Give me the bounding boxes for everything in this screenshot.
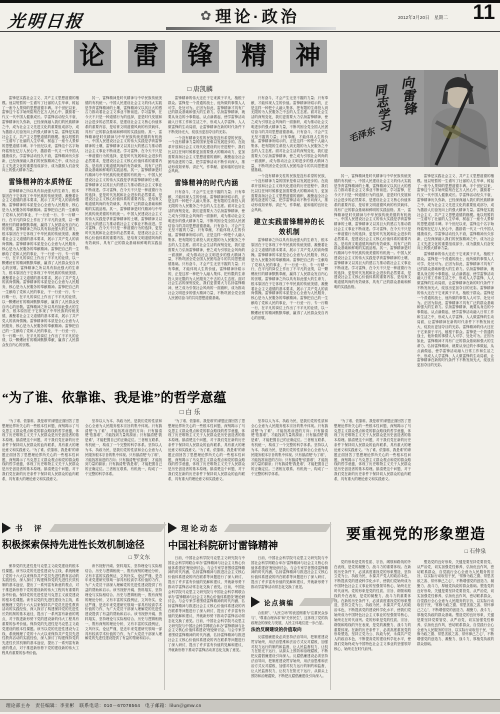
lead-headline: 论 雷 锋 精 神 [0,40,400,73]
column-rule [164,522,165,690]
viewpoints-label: 论点摘编 [251,596,330,608]
body-text: 日前，中国社会科学院马克思主义研究院与中国社会科学网联合举办“雷锋精神与社会主义… [251,556,328,590]
article-column: 党的形象是党的性质、宗旨、纲领和路线的外在表现，是党的凝聚力、战斗力的重要体现。… [334,560,411,690]
article-column: 日前，中国社会科学院马克思主义研究院与中国社会科学网联合举办“雷锋精神与社会主义… [251,556,328,592]
date-line: 2012年3月20日 星期二 [330,15,448,21]
viewpoint-item-title: 法治反腐建设的价值取向 [251,627,328,633]
headline-char: 论 [74,40,111,73]
lei-feng-figure [340,70,498,167]
label-text: 论点摘编 [264,598,294,607]
headline-char: 雷 [128,40,165,73]
body-text: “为了谁、依靠谁、我是谁”的命题正面回答了思想理论界所关心的一些根本性问题，深刻… [168,419,245,482]
headline-char: 锋 [182,40,219,73]
body-text: “为了谁、依靠谁、我是谁”的命题正面回答了思想理论界所关心的一些根本性问题，深刻… [2,419,79,482]
section-title-underline [166,27,336,30]
body-text: 雷锋精神之所以具有如此强大的生命力，根本原因在于它体现了中华民族的传统美德，凝聚… [2,189,79,348]
page-number: 11 [455,1,495,25]
theory-news-label: 理论动态 [168,522,326,534]
section-title: 理论·政治 [215,9,299,26]
body-text: 反腐倡廉建设必须坚持法治导向，把制度建设贯穿始终，用法治思维和法治方式反对腐败，… [251,635,328,678]
article-column: 坚持以人为本、执政为民，是我们党的性质和全心全意为人民服务根本宗旨的集中体现。只… [85,419,162,518]
article-column: “为了谁、依靠谁、我是谁”的命题正面回答了思想理论界所关心的一些根本性问题，深刻… [2,419,79,518]
lei-feng-photo: 向雷锋 同志学习 毛泽东 [340,70,498,167]
newspaper-page: 光明日报 ✿理论·政治 2012年3月20日 星期二 11 论 雷 锋 精 神 … [0,0,500,714]
body-text: 一个没有精神支柱的民族是没有希望的民族，一个没有精神力量的国家是难以发展进步的。… [251,174,328,213]
label-band [224,524,332,532]
masthead-rule [0,31,500,32]
column-rule [330,522,331,690]
calligraphy-text: 向雷锋 [396,75,418,116]
book-review-title: 积极探索保持先进性长效机制途径 [2,537,162,551]
article-column: 雷锋精神的伟大还在于它来源于平凡、植根于群众。雷锋是一个普通的战士，他所做的事情… [168,96,245,384]
body-text: 其一，雷锋精神是时代精神与中华民族传统美德的有机统一。中国人民建设社会主义的伟大… [334,174,411,290]
flower-emblem-icon: ✿ [200,8,211,23]
body-text: 其一，雷锋精神是时代精神与中华民族传统美德的有机统一。中国人民建设社会主义的伟大… [85,96,162,251]
party-image-author: □ 石仲泉 [334,547,486,555]
label-text: 书 评 [15,523,44,534]
body-text: 雷锋精神之所以具有如此强大的生命力，根本原因在于它体现了中华民族的传统美德，凝聚… [251,238,328,320]
article-column: “为了谁、依靠谁、我是谁”的命题正面回答了思想理论界所关心的一些根本性问题，深刻… [334,419,411,518]
label-text: 理论动态 [181,523,219,534]
subhead: 雷锋精神的本质特征 [2,176,79,186]
article-column: 塑造党的良好形象，关键是要坚持党要管党、从严治党，切实加强党性修养，弘扬优良作风… [417,560,494,690]
body-text: 只有奋斗，才会产生无坚不摧的力量；只有奉献，才能体现人生的价值。雷锋精神所昭示的… [251,96,328,173]
body-text: 该书视野开阔、资料翔实，坚持理论与实际相结合、历史与逻辑相统一，既有深刻的理论分… [85,564,162,641]
article-column: 坚持以人为本、执政为民，是我们党的性质和全心全意为人民服务根本宗旨的集中体现。只… [251,419,328,518]
subhead: 雷锋精神的时代内涵 [168,177,245,187]
article-column: “为了谁、依靠谁、我是谁”的命题正面回答了思想理论界所关心的一些根本性问题，深刻… [168,419,245,518]
article-column: 其一，雷锋精神是时代精神与中华民族传统美德的有机统一。中国人民建设社会主义的伟大… [334,174,411,384]
subhead: 建立实践雷锋精神的长效机制 [251,216,328,236]
body-text: 合组织”、“人民立场”的表述侧重为“注重民众参与”、“尊重合理诉求”和“关怀民生… [251,611,328,625]
article-column: 合组织”、“人民立场”的表述侧重为“注重民众参与”、“尊重合理诉求”和“关怀民生… [251,611,328,690]
body-text: 雷锋是实践社会主义、共产主义思想道德的楷模。他以短暂的一生谱写了壮丽的人生华章，… [2,96,79,173]
label-band [299,598,336,606]
body-text: 雷锋是实践社会主义、共产主义思想道德的楷模。他以短暂的一生谱写了壮丽的人生华章，… [417,174,494,251]
party-image-title: 要重视党的形象塑造 [334,523,498,544]
article-column: 雷锋是实践社会主义、共产主义思想道德的楷模。他以短暂的一生谱写了壮丽的人生华章，… [2,96,79,384]
body-text: 塑造党的良好形象，关键是要坚持党要管党、从严治党，切实加强党性修养，弘扬优良作风… [417,560,494,647]
philosophy-article-author: □ 白 乐 [130,407,250,416]
article-column: 其一，雷锋精神是时代精神与中华民族传统美德的有机统一。中国人民建设社会主义的伟大… [85,96,162,384]
label-triangle-icon [168,523,177,534]
body-text: “为了谁、依靠谁、我是谁”的命题正面回答了思想理论界所关心的一些根本性问题，深刻… [334,419,411,482]
article-column: 日前，中国社会科学院马克思主义研究院与中国社会科学网联合举办“雷锋精神与社会主义… [168,556,245,690]
label-triangle-icon [251,597,260,608]
label-band [49,524,166,532]
headline-char: 神 [290,40,327,73]
body-text: 保持党的先进性是马克思主义政党建设的根本性课题。该书以党的先进性建设为主线，系统… [2,564,79,656]
headline-char: 精 [236,40,273,73]
book-review-author: □ 罗文东 [2,553,150,561]
body-text: 坚持以人为本、执政为民，是我们党的性质和全心全意为人民服务根本宗旨的集中体现。只… [85,419,162,477]
article-column: 雷锋是实践社会主义、共产主义思想道德的楷模。他以短暂的一生谱写了壮丽的人生华章，… [417,174,494,518]
top-border-rule [0,0,500,3]
article-column: 只有奋斗，才会产生无坚不摧的力量；只有奉献，才能体现人生的价值。雷锋精神所昭示的… [251,96,328,384]
body-text: 只有奋斗，才会产生无坚不摧的力量；只有奉献，才能体现人生的价值。雷锋精神所昭示的… [168,190,245,301]
book-review-label: 书 评 [2,522,160,534]
footer-text: 理论部主办 责任编辑：李亚彬 联系电话：010－67078564 电子邮箱：li… [6,703,201,709]
page-footer: 理论部主办 责任编辑：李亚彬 联系电话：010－67078564 电子邮箱：li… [0,699,500,712]
body-text: 坚持以人为本、执政为民，是我们党的性质和全心全意为人民服务根本宗旨的集中体现。只… [251,419,328,477]
article-column: 保持党的先进性是马克思主义政党建设的根本性课题。该书以党的先进性建设为主线，系统… [2,564,79,690]
body-text: 雷锋精神的伟大还在于它来源于平凡、植根于群众。雷锋是一个普通的战士，他所做的事情… [417,252,494,368]
body-text: 日前，中国社会科学院马克思主义研究院与中国社会科学网联合举办“雷锋精神与社会主义… [168,556,245,653]
article-column: 该书视野开阔、资料翔实，坚持理论与实际相结合、历史与逻辑相统一，既有深刻的理论分… [85,564,162,690]
body-text: 党的形象是党的性质、宗旨、纲领和路线的外在表现，是党的凝聚力、战斗力的重要体现。… [334,560,411,652]
philosophy-article-title: “为了谁、依靠谁、我是谁”的哲学意蕴 [2,387,334,406]
theory-news-title: 中国社科院研讨雷锋精神 [168,537,330,552]
label-triangle-icon [2,523,11,534]
body-text: 雷锋精神的伟大还在于它来源于平凡、植根于群众。雷锋是一个普通的战士，他所做的事情… [168,96,245,135]
body-text: 一个没有精神支柱的民族是没有希望的民族，一个没有精神力量的国家是难以发展进步的。… [168,136,245,175]
